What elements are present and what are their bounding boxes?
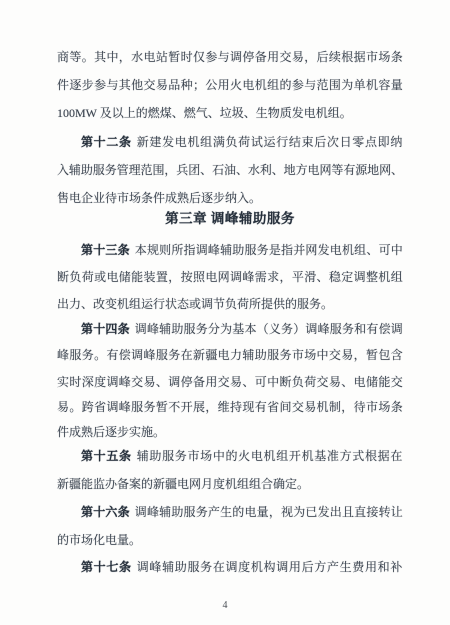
text-line: 新疆能监办备案的新疆电网月度机组组合确定。: [57, 476, 403, 493]
line-text: 出力、改变机组运行状态或调节负荷所提供的服务。: [57, 297, 333, 311]
text-line: 件逐步参与其他交易品种；公用火电机组的参与范围为单机容量: [57, 77, 403, 94]
text-line: 易。跨省调峰服务暂不开展，维持现有省间交易机制，待市场条: [57, 399, 403, 416]
article-number: 第十六条: [81, 505, 130, 519]
line-text: 售电企业待市场条件成熟后逐步纳入。: [57, 191, 261, 205]
line-text: 断负荷或电储能装置，按照电网调峰需求，平滑、稳定调整机组: [57, 270, 403, 284]
text-line: 第十六条调峰辅助服务产生的电量，视为已发出且直接转让: [57, 504, 403, 521]
line-text: 的市场化电量。: [57, 533, 141, 547]
line-text: 调峰辅助服务分为基本（义务）调峰服务和有偿调: [135, 322, 403, 336]
document-page: 商等。其中，水电站暂时仅参与调停备用交易，后续根据市场条件逐步参与其他交易品种；…: [0, 0, 450, 625]
text-line: 实时深度调峰交易、调停备用交易、可中断负荷交易、电储能交: [57, 374, 403, 391]
line-text: 易。跨省调峰服务暂不开展，维持现有省间交易机制，待市场条: [57, 400, 403, 414]
line-text: 件逐步参与其他交易品种；公用火电机组的参与范围为单机容量: [57, 78, 403, 92]
line-text: 100MW 及以上的燃煤、燃气、垃圾、生物质发电机组。: [57, 106, 352, 120]
text-line: 出力、改变机组运行状态或调节负荷所提供的服务。: [57, 296, 403, 313]
line-text: 入辅助服务管理范围，兵团、石油、水利、地方电网等有源地网、: [57, 163, 403, 177]
text-line: 入辅助服务管理范围，兵团、石油、水利、地方电网等有源地网、: [57, 162, 403, 179]
article-number: 第十三条: [81, 243, 130, 257]
page-number: 4: [0, 600, 450, 612]
line-text: 调峰辅助服务在调度机构调用后方产生费用和补: [137, 560, 403, 574]
text-line: 100MW 及以上的燃煤、燃气、垃圾、生物质发电机组。: [57, 105, 403, 122]
line-text: 件成熟后逐步实施。: [57, 425, 165, 439]
chapter-heading: 第三章 调峰辅助服务: [57, 210, 403, 227]
article-number: 第十五条: [81, 449, 132, 463]
line-text: 本规则所指调峰辅助服务是指并网发电机组、可中: [135, 243, 403, 257]
line-text: 实时深度调峰交易、调停备用交易、可中断负荷交易、电储能交: [57, 375, 403, 389]
text-line: 商等。其中，水电站暂时仅参与调停备用交易，后续根据市场条: [57, 49, 403, 66]
line-text: 新建发电机组满负荷试运行结束后次日零点即纳: [137, 135, 403, 149]
line-text: 调峰辅助服务产生的电量，视为已发出且直接转让: [135, 505, 403, 519]
text-line: 第十三条本规则所指调峰辅助服务是指并网发电机组、可中: [57, 242, 403, 259]
text-line: 断负荷或电储能装置，按照电网调峰需求，平滑、稳定调整机组: [57, 269, 403, 286]
line-text: 辅助服务市场中的火电机组开机基准方式根据在: [137, 449, 403, 463]
article-number: 第十七条: [81, 560, 132, 574]
line-text: 峰服务。有偿调峰服务在新疆电力辅助服务市场中交易，暂包含: [57, 348, 403, 362]
text-line: 售电企业待市场条件成熟后逐步纳入。: [57, 190, 403, 207]
line-text: 第三章 调峰辅助服务: [165, 211, 295, 226]
article-number: 第十四条: [81, 322, 130, 336]
text-line: 的市场化电量。: [57, 532, 403, 549]
line-text: 商等。其中，水电站暂时仅参与调停备用交易，后续根据市场条: [57, 50, 403, 64]
text-line: 峰服务。有偿调峰服务在新疆电力辅助服务市场中交易，暂包含: [57, 347, 403, 364]
text-line: 第十四条调峰辅助服务分为基本（义务）调峰服务和有偿调: [57, 321, 403, 338]
article-number: 第十二条: [81, 135, 132, 149]
text-line: 第十七条调峰辅助服务在调度机构调用后方产生费用和补: [57, 559, 403, 576]
text-line: 第十五条辅助服务市场中的火电机组开机基准方式根据在: [57, 448, 403, 465]
text-line: 第十二条新建发电机组满负荷试运行结束后次日零点即纳: [57, 134, 403, 151]
line-text: 新疆能监办备案的新疆电网月度机组组合确定。: [57, 477, 309, 491]
text-line: 件成熟后逐步实施。: [57, 424, 403, 441]
